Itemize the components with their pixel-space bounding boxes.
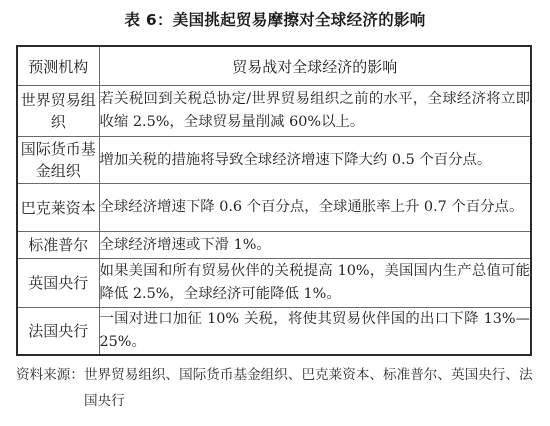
source-text: 世界贸易组织、国际货币基金组织、巴克莱资本、标准普尔、英国央行、法国央行 xyxy=(84,362,534,414)
forecast-table: 预测机构 贸易战对全球经济的影响 世界贸易组织 若关税回到关税总协定/世界贸易组… xyxy=(16,45,532,356)
table-title: 表 6：美国挑起贸易摩擦对全球经济的影响 xyxy=(0,8,550,30)
org-cell: 巴克莱资本 xyxy=(17,184,99,232)
org-cell: 英国央行 xyxy=(17,259,99,308)
table-row: 国际货币基金组织 增加关税的措施将导致全球经济增速下降大约 0.5 个百分点。 xyxy=(17,137,531,184)
table-row: 巴克莱资本 全球经济增速下降 0.6 个百分点，全球通胀率上升 0.7 个百分点… xyxy=(17,184,531,232)
org-cell: 法国央行 xyxy=(17,308,99,356)
table-header-row: 预测机构 贸易战对全球经济的影响 xyxy=(17,46,531,86)
table-row: 世界贸易组织 若关税回到关税总协定/世界贸易组织之前的水平，全球经济将立即收缩 … xyxy=(17,86,531,137)
header-effect: 贸易战对全球经济的影响 xyxy=(99,46,531,86)
header-organization: 预测机构 xyxy=(17,46,99,86)
effect-cell: 如果美国和所有贸易伙伴的关税提高 10%，美国国内生产总值可能降低 2.5%，全… xyxy=(99,259,531,308)
org-cell: 标准普尔 xyxy=(17,232,99,259)
source-label: 资料来源： xyxy=(16,362,84,414)
table-row: 法国央行 一国对进口加征 10% 关税，将使其贸易伙伴国的出口下降 13%—25… xyxy=(17,308,531,356)
effect-cell: 一国对进口加征 10% 关税，将使其贸易伙伴国的出口下降 13%—25%。 xyxy=(99,308,531,356)
effect-cell: 全球经济增速下降 0.6 个百分点，全球通胀率上升 0.7 个百分点。 xyxy=(99,184,531,232)
table-row: 标准普尔 全球经济增速或下滑 1%。 xyxy=(17,232,531,259)
effect-cell: 增加关税的措施将导致全球经济增速下降大约 0.5 个百分点。 xyxy=(99,137,531,184)
org-cell: 世界贸易组织 xyxy=(17,86,99,137)
org-cell: 国际货币基金组织 xyxy=(17,137,99,184)
effect-cell: 若关税回到关税总协定/世界贸易组织之前的水平，全球经济将立即收缩 2.5%，全球… xyxy=(99,86,531,137)
effect-cell: 全球经济增速或下滑 1%。 xyxy=(99,232,531,259)
table-row: 英国央行 如果美国和所有贸易伙伴的关税提高 10%，美国国内生产总值可能降低 2… xyxy=(17,259,531,308)
source-note: 资料来源： 世界贸易组织、国际货币基金组织、巴克莱资本、标准普尔、英国央行、法国… xyxy=(16,362,534,414)
